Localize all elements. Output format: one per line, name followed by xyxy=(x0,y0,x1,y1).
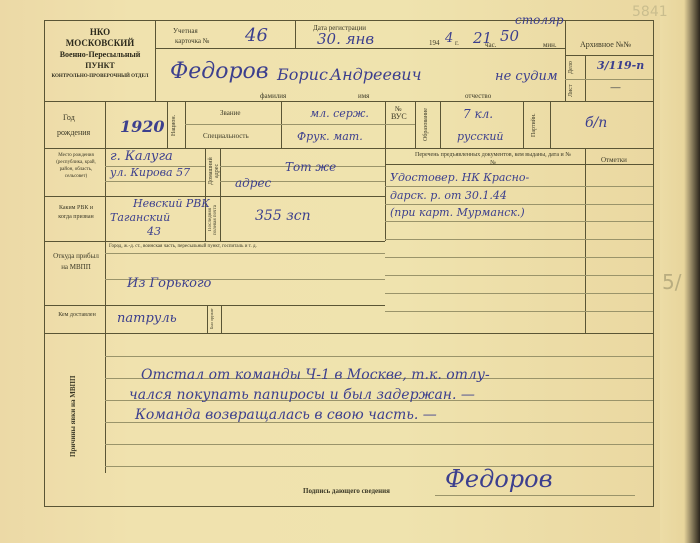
delivered-by-value: патруль xyxy=(117,311,177,326)
field-post-header: Последняя полевая почта xyxy=(208,201,218,239)
rvk-line-2: Таганский xyxy=(110,211,170,224)
side-mark: 5/ xyxy=(662,270,681,294)
registration-minute: 50 xyxy=(500,27,519,45)
documents-line-2: дарск. р. от 30.1.44 xyxy=(390,189,507,202)
patronymic-label: отчество xyxy=(465,92,491,100)
org-line-5: КОНТРОЛЬНО-ПРОВЕРОЧНЫЙ ОТДЕЛ xyxy=(45,71,155,82)
registration-year: 4 xyxy=(445,31,453,46)
birth-year-value: 1920 xyxy=(120,117,165,136)
card-label-1: Учетная xyxy=(173,27,198,35)
reason-line-2: чался покупать папиросы и был задержан. … xyxy=(129,387,475,403)
org-line-4: ПУНКТ xyxy=(45,60,155,71)
first-name-label: имя xyxy=(358,92,369,100)
home-address-line-1: Тот же xyxy=(285,160,336,174)
registration-card-form: НКО МОСКОВСКИЙ Военно-Пересыльный ПУНКТ … xyxy=(44,20,654,507)
specialty-label: Специальность xyxy=(203,132,249,140)
surname-label: фамилия xyxy=(260,92,286,100)
vus-label: ВУС xyxy=(391,113,407,121)
nationality-value: русский xyxy=(457,130,503,143)
field-post-value: 355 зсп xyxy=(255,208,311,224)
patronymic-value: Андреевич xyxy=(330,65,422,84)
rvk-line-3: 43 xyxy=(147,225,161,238)
registration-year-prefix: 194 xyxy=(429,39,440,47)
surname-value: Федоров xyxy=(170,59,269,84)
birth-year-label-2: рождения xyxy=(57,129,90,137)
home-address-line-2: адрес xyxy=(235,176,271,190)
education-header: Образование xyxy=(423,105,429,145)
home-address-header: Домашний адрес xyxy=(208,151,220,191)
archive-stamp-number: 5841 xyxy=(632,4,668,20)
remarks-header: Отметки xyxy=(601,156,627,164)
reasons-header: Причины явки на МВПП xyxy=(69,361,77,471)
rvk-line-1: Невский РВК xyxy=(133,197,210,210)
education-value: 7 кл. xyxy=(463,107,493,121)
reason-line-1: Отстал от команды Ч-1 в Москве, т.к. отл… xyxy=(141,367,490,383)
first-name-value: Борис xyxy=(277,65,328,84)
card-label-2: карточка № xyxy=(175,37,209,45)
nationality-header: Национ. xyxy=(171,105,177,145)
birthplace-label: Место рождения (республика, край, район,… xyxy=(49,152,103,180)
archive-list-label: Лист xyxy=(568,82,574,100)
documents-header: Перечень предъявленных документов, кем в… xyxy=(413,151,573,167)
org-header: НКО МОСКОВСКИЙ Военно-Пересыльный ПУНКТ … xyxy=(45,27,155,82)
delivered-by-label: Кем доставлен xyxy=(57,311,97,320)
weapon-header: Был оружие xyxy=(209,307,214,331)
occupation-note: столяр xyxy=(515,13,564,27)
card-number: 46 xyxy=(245,25,268,46)
reason-line-3: Команда возвращалась в свою часть. — xyxy=(135,407,437,423)
arrived-from-value: Из Горького xyxy=(127,276,211,291)
archive-delo-label: Дело xyxy=(568,59,574,77)
archive-delo-value: 3/119-п xyxy=(597,59,644,72)
registration-hour-label: час. xyxy=(485,41,496,49)
registration-date: 30. янв xyxy=(317,30,374,48)
rvk-label: Каким РВК и когда призван xyxy=(53,204,99,222)
rank-value: мл. серж. xyxy=(310,107,369,120)
party-header: Партийн. xyxy=(531,105,537,145)
rank-label: Звание xyxy=(220,109,240,117)
org-line-2: МОСКОВСКИЙ xyxy=(45,38,155,49)
registration-minute-label: мин. xyxy=(543,41,557,49)
birthplace-line-2: ул. Кирова 57 xyxy=(110,166,190,179)
documents-line-3: (при карт. Мурманск.) xyxy=(390,206,525,219)
signature-label: Подпись дающего сведения xyxy=(303,487,390,495)
arrived-from-hint: Город, ж.-д. ст., воинская часть, пересы… xyxy=(109,243,257,251)
specialty-value: Фрук. мат. xyxy=(297,130,363,143)
documents-line-1: Удостовер. НК Красно- xyxy=(390,171,529,184)
conviction-note: не судим xyxy=(495,69,558,84)
archive-list-value: — xyxy=(610,81,621,94)
signature: Федоров xyxy=(445,465,553,493)
arrived-from-label: Откуда прибыл на МВПП xyxy=(53,251,99,273)
org-line-3: Военно-Пересыльный xyxy=(45,49,155,60)
registration-year-suffix: г. xyxy=(455,39,459,47)
org-line-1: НКО xyxy=(45,27,155,38)
party-value: б/п xyxy=(585,115,607,131)
birthplace-line-1: г. Калуга xyxy=(110,149,173,164)
archive-label: Архивное №№ xyxy=(580,41,631,49)
birth-year-label-1: Год xyxy=(63,114,75,122)
